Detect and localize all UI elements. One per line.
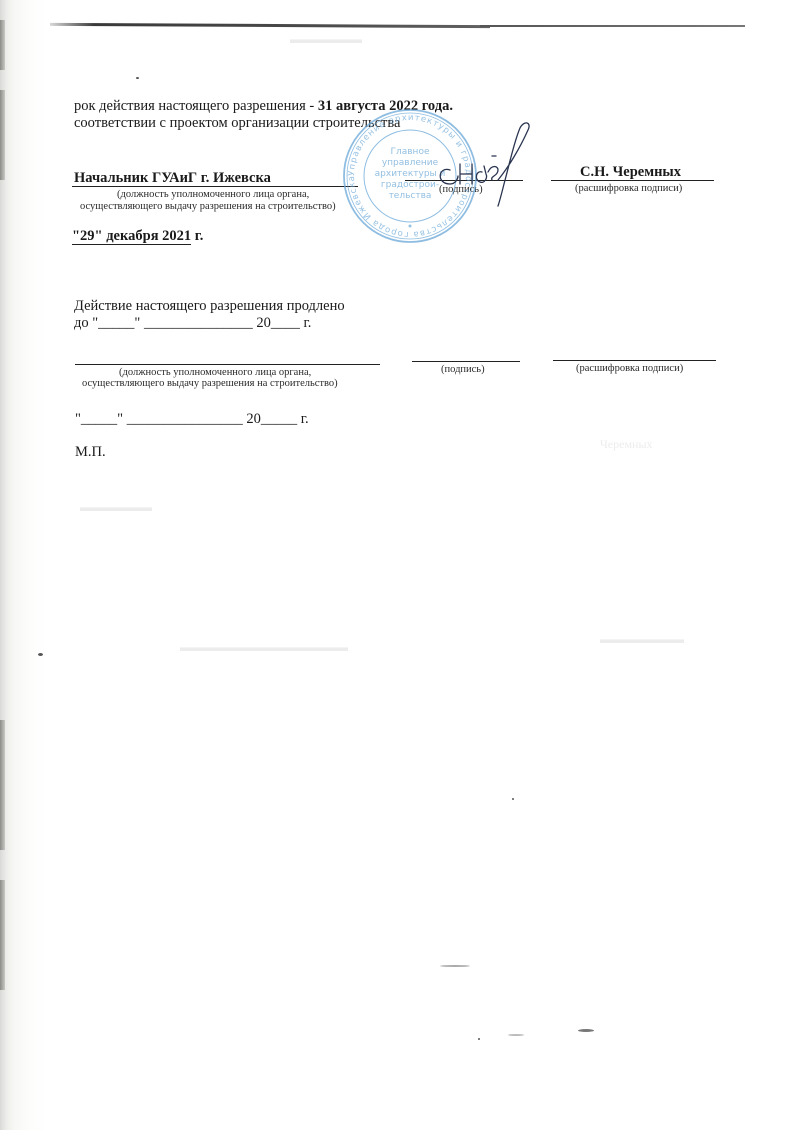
scan-speck bbox=[508, 1034, 524, 1036]
bleed-through-text: ▬▬▬▬▬▬ bbox=[290, 32, 362, 47]
extension-signature-caption: (подпись) bbox=[441, 365, 485, 376]
signatory-position: Начальник ГУАиГ г. Ижевска bbox=[74, 171, 271, 186]
issue-date-suffix: г. bbox=[191, 228, 203, 244]
bleed-through-text: ▬▬▬▬▬▬▬ bbox=[600, 632, 684, 647]
scan-edge-shadow bbox=[0, 880, 5, 990]
svg-text:тельства: тельства bbox=[389, 191, 432, 201]
top-scan-rule-thin bbox=[480, 25, 745, 27]
top-scan-rule bbox=[50, 23, 490, 28]
svg-text:Главное: Главное bbox=[391, 147, 430, 157]
scan-speck bbox=[578, 1029, 594, 1032]
issue-date: "29" декабря 2021 bbox=[72, 228, 191, 245]
name-underline bbox=[551, 180, 714, 181]
scan-speck bbox=[38, 653, 43, 656]
position-underline bbox=[72, 186, 358, 187]
validity-prefix: рок действия настоящего разрешения - bbox=[74, 98, 318, 114]
scan-edge-shadow bbox=[0, 20, 5, 70]
extension-position-caption-line1: (должность уполномоченного лица органа, bbox=[119, 368, 311, 379]
scan-speck bbox=[440, 965, 470, 967]
scan-speck bbox=[512, 798, 514, 800]
seal-place: М.П. bbox=[75, 445, 106, 460]
extension-position-line bbox=[75, 364, 380, 365]
extension-signature-line bbox=[412, 361, 520, 362]
handwritten-signature-icon bbox=[428, 118, 538, 213]
scan-speck bbox=[136, 77, 139, 79]
extension-title: Действие настоящего разрешения продлено bbox=[74, 299, 345, 314]
bleed-through-text: ▬▬▬▬▬▬ bbox=[80, 500, 152, 515]
name-caption: (расшифровка подписи) bbox=[575, 184, 682, 195]
signatory-name: С.Н. Черемных bbox=[580, 165, 681, 180]
extension-date-line: "_____" ________________ 20_____ г. bbox=[75, 412, 309, 427]
bleed-through-text: Черемных bbox=[600, 437, 653, 452]
scan-speck bbox=[478, 1038, 480, 1040]
bleed-through-text: ▬▬▬▬▬▬▬▬▬▬▬▬▬▬ bbox=[180, 640, 348, 655]
scan-edge-shadow bbox=[0, 90, 5, 180]
extension-until-line: до "_____" _______________ 20____ г. bbox=[74, 316, 311, 331]
position-caption-line2: осуществляющего выдачу разрешения на стр… bbox=[80, 202, 336, 213]
extension-name-line bbox=[553, 360, 716, 361]
scanned-page: ▬▬▬▬▬▬ Черемных ▬▬▬▬▬▬ ▬▬▬▬▬▬▬▬▬▬▬▬▬▬ ▬▬… bbox=[0, 0, 800, 1130]
position-caption-line1: (должность уполномоченного лица органа, bbox=[117, 190, 309, 201]
extension-position-caption-line2: осуществляющего выдачу разрешения на стр… bbox=[82, 379, 338, 390]
issue-date-line: "29" декабря 2021 г. bbox=[72, 229, 203, 244]
scan-edge-shadow bbox=[0, 720, 5, 850]
extension-name-caption: (расшифровка подписи) bbox=[576, 364, 683, 375]
